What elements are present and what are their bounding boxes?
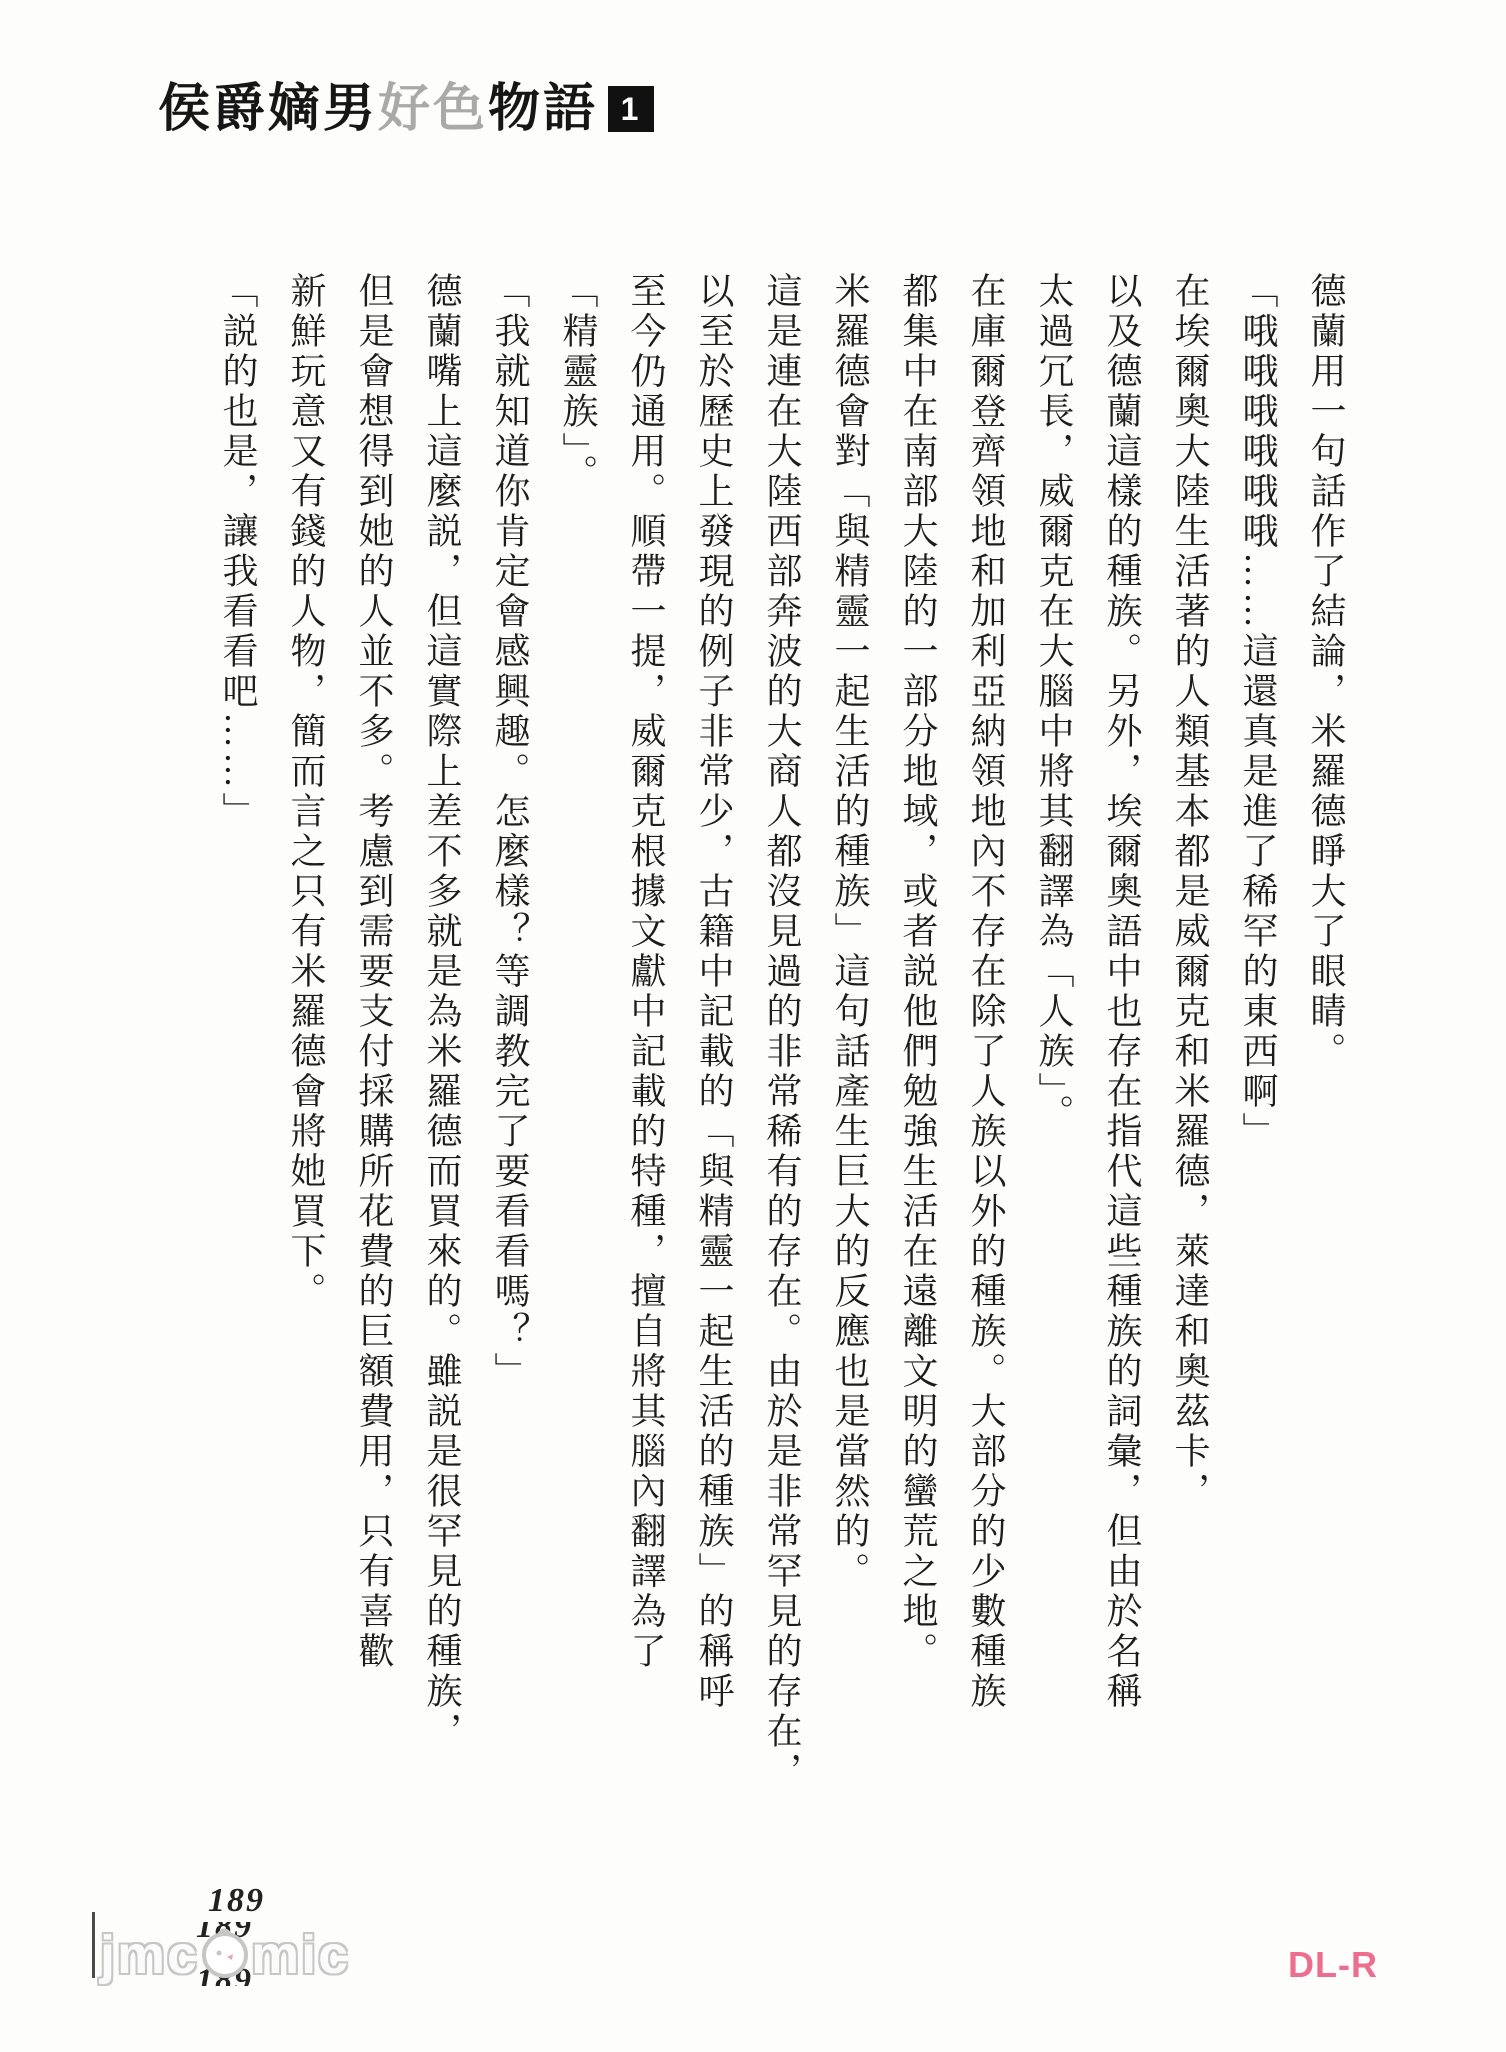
dl-label: DL-R [1288,1944,1378,1986]
text-column: 在埃爾奧大陸生活著的人類基本都是威爾克和米羅德，萊達和奧茲卡， [1156,272,1224,1820]
text-column: 在庫爾登齊領地和加利亞納領地內不存在除了人族以外的種族。大部分的少數種族 [952,272,1020,1820]
volume-badge: 1 [608,86,654,132]
title-part-right: 物語 [488,81,598,138]
watermark-text-right: mic [251,1925,350,1985]
book-page: 侯爵嫡男好色物語1 德蘭用一句話作了結論，米羅德睜大了眼睛。「哦哦哦哦哦哦……這… [0,0,1506,2052]
text-column: 德蘭用一句話作了結論，米羅德睜大了眼睛。 [1292,272,1360,1820]
text-column: 以至於歷史上發現的例子非常少，古籍中記載的「與精靈一起生活的種族」的稱呼 [680,272,748,1820]
page-title: 侯爵嫡男好色物語1 [158,66,654,141]
vertical-text-block: 德蘭用一句話作了結論，米羅德睜大了眼睛。「哦哦哦哦哦哦……這還真是進了稀罕的東西… [200,272,1360,1820]
title-part-left: 侯爵嫡男 [158,81,378,138]
chick-mascot-icon [199,1927,251,1992]
margin-line [92,1912,95,1978]
text-column: 以及德蘭這樣的種族。另外，埃爾奧語中也存在指代這些種族的詞彙，但由於名稱 [1088,272,1156,1820]
text-column: 太過冗長，威爾克在大腦中將其翻譯為「人族」。 [1020,272,1088,1820]
text-column: 這是連在大陸西部奔波的大商人都沒見過的非常稀有的存在。由於是非常罕見的存在， [748,272,816,1820]
text-column: 新鮮玩意又有錢的人物，簡而言之只有米羅德會將她買下。 [272,272,340,1820]
title-part-gray: 好色 [378,81,488,138]
text-column: 「精靈族」。 [544,272,612,1820]
text-column: 「哦哦哦哦哦哦……這還真是進了稀罕的東西啊」 [1224,272,1292,1820]
text-column: 德蘭嘴上這麼説，但這實際上差不多就是為米羅德而買來的。雖説是很罕見的種族， [408,272,476,1820]
page-number: 189 [208,1882,265,1920]
text-column: 至今仍通用。順帶一提，威爾克根據文獻中記載的特種，擅自將其腦內翻譯為了 [612,272,680,1820]
watermark: jmc mic [100,1924,350,1992]
text-column: 但是會想得到她的人並不多。考慮到需要支付採購所花費的巨額費用，只有喜歡 [340,272,408,1820]
text-column: 「我就知道你肯定會感興趣。怎麼樣？等調教完了要看看嗎？」 [476,272,544,1820]
text-column: 都集中在南部大陸的一部分地域，或者説他們勉強生活在遠離文明的蠻荒之地。 [884,272,952,1820]
watermark-text-left: jmc [100,1925,199,1985]
text-column: 「説的也是，讓我看看吧……」 [204,272,272,1820]
text-column: 米羅德會對「與精靈一起生活的種族」這句話產生巨大的反應也是當然的。 [816,272,884,1820]
